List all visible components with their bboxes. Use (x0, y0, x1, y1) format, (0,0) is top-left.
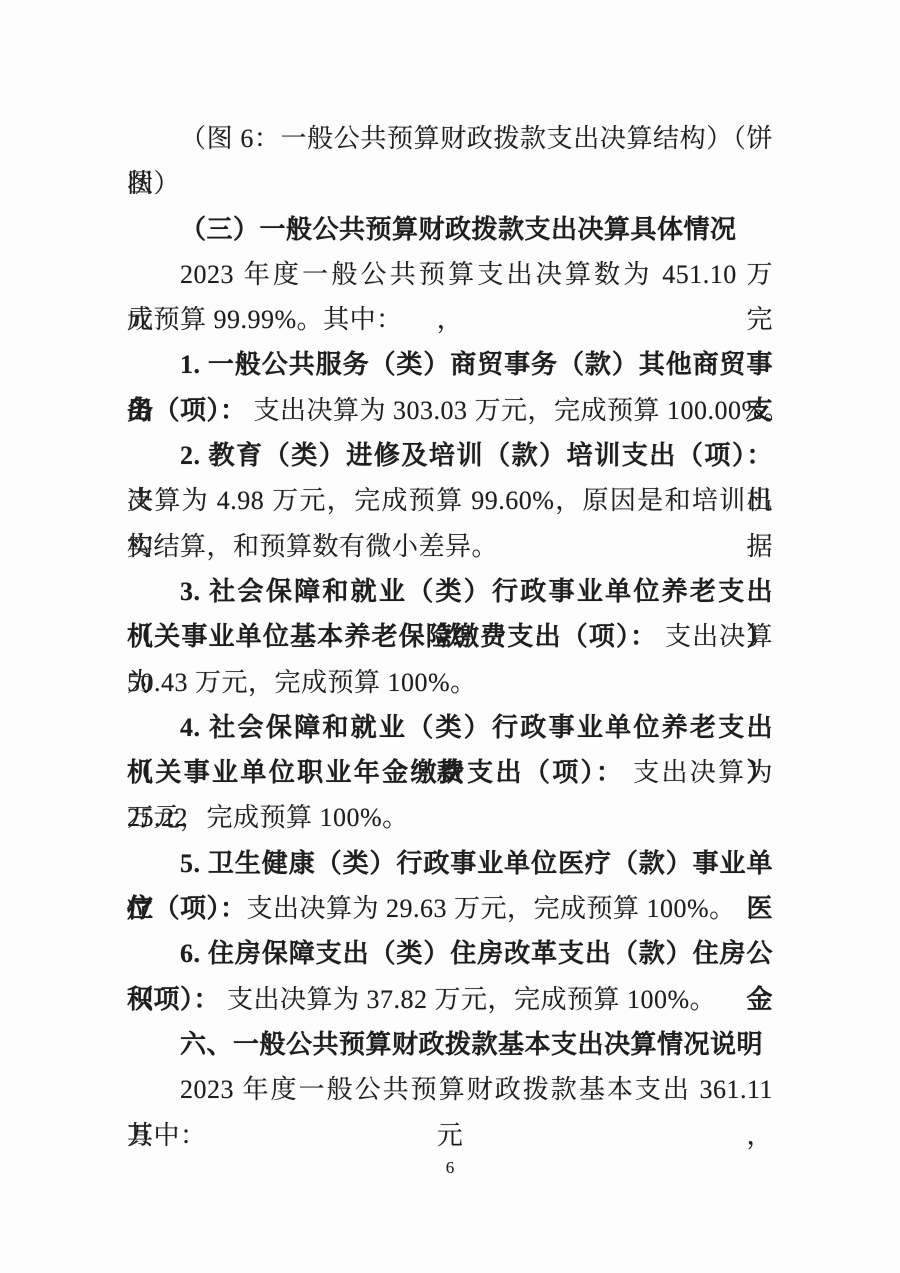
text-line: 3. 社会保障和就业（类）行政事业单位养老支出（款） (127, 569, 773, 614)
text-line: 疗（项）：支出决算为 29.63 万元，完成预算 100%。 (127, 886, 773, 931)
text-segment: 万元，完成预算 100%。 (127, 803, 409, 832)
text-line: 4. 社会保障和就业（类）行政事业单位养老支出（款） (127, 705, 773, 750)
page-number: 6 (0, 1157, 900, 1179)
text-line: 决算为 4.98 万元，完成预算 99.60%，原因是和培训机构据 (127, 478, 773, 523)
text-segment-bold: 六、一般公共预算财政拨款基本支出决算情况说明 (180, 1030, 763, 1059)
text-line: （三）一般公共预算财政拨款支出决算具体情况 (127, 207, 773, 252)
text-line: 图） (127, 161, 773, 206)
text-segment-bold: 2. 教育（类）进修及培训（款）培训支出（项）： (180, 441, 773, 470)
text-line: 万元，完成预算 100%。 (127, 795, 773, 840)
text-segment: 其中： (127, 1121, 207, 1150)
text-line: 六、一般公共预算财政拨款基本支出决算情况说明 (127, 1022, 773, 1067)
text-segment: 支出决算为 29.63 万元，完成预算 100%。 (247, 894, 736, 923)
text-line: （项）： 支出决算为 37.82 万元，完成预算 100%。 (127, 977, 773, 1022)
text-segment: 支出决算为 37.82 万元，完成预算 100%。 (220, 985, 716, 1014)
text-line: 2. 教育（类）进修及培训（款）培训支出（项）： 支出 (127, 433, 773, 478)
text-segment: 图） (127, 169, 180, 198)
text-segment-bold: 机关事业单位职业年金缴费支出（项）： (127, 758, 624, 787)
text-segment-bold: （项）： (127, 985, 220, 1014)
text-segment: 实结算，和预算数有微小差异。 (127, 532, 498, 561)
text-segment: 成预算 99.99%。其中： (127, 305, 403, 334)
document-page: （图 6：一般公共预算财政拨款支出决算结构）（饼状图）（三）一般公共预算财政拨款… (0, 0, 900, 1273)
text-line: 2023 年度一般公共预算财政拨款基本支出 361.11 万元， (127, 1067, 773, 1112)
text-line: 6. 住房保障支出（类）住房改革支出（款）住房公积金 (127, 931, 773, 976)
text-segment: 2023 年度一般公共预算财政拨款基本支出 361.11 万元， (127, 1075, 773, 1149)
text-line: 1. 一般公共服务（类）商贸事务（款）其他商贸事务支 (127, 342, 773, 387)
text-segment-bold: （三）一般公共预算财政拨款支出决算具体情况 (180, 215, 737, 244)
text-line: 5. 卫生健康（类）行政事业单位医疗（款）事业单位医 (127, 841, 773, 886)
text-segment-bold: 机关事业单位基本养老保险缴费支出（项）： (127, 622, 657, 651)
text-line: 50.43 万元，完成预算 100%。 (127, 660, 773, 705)
text-line: 机关事业单位基本养老保险缴费支出（项）： 支出决算为 (127, 614, 773, 659)
text-line: （图 6：一般公共预算财政拨款支出决算结构）（饼状 (127, 116, 773, 161)
text-line: 出（项）： 支出决算为 303.03 万元，完成预算 100.00%。 (127, 388, 773, 433)
text-line: 2023 年度一般公共预算支出决算数为 451.10 万元，完 (127, 252, 773, 297)
text-segment-bold: 疗（项）： (127, 894, 247, 923)
document-body: （图 6：一般公共预算财政拨款支出决算结构）（饼状图）（三）一般公共预算财政拨款… (127, 116, 773, 1158)
text-segment-bold: 出（项）： (127, 396, 247, 425)
text-line: 机关事业单位职业年金缴费支出（项）： 支出决算为 25.22 (127, 750, 773, 795)
text-segment: 支出决算为 303.03 万元，完成预算 100.00%。 (247, 396, 791, 425)
text-segment: 50.43 万元，完成预算 100%。 (127, 668, 477, 697)
